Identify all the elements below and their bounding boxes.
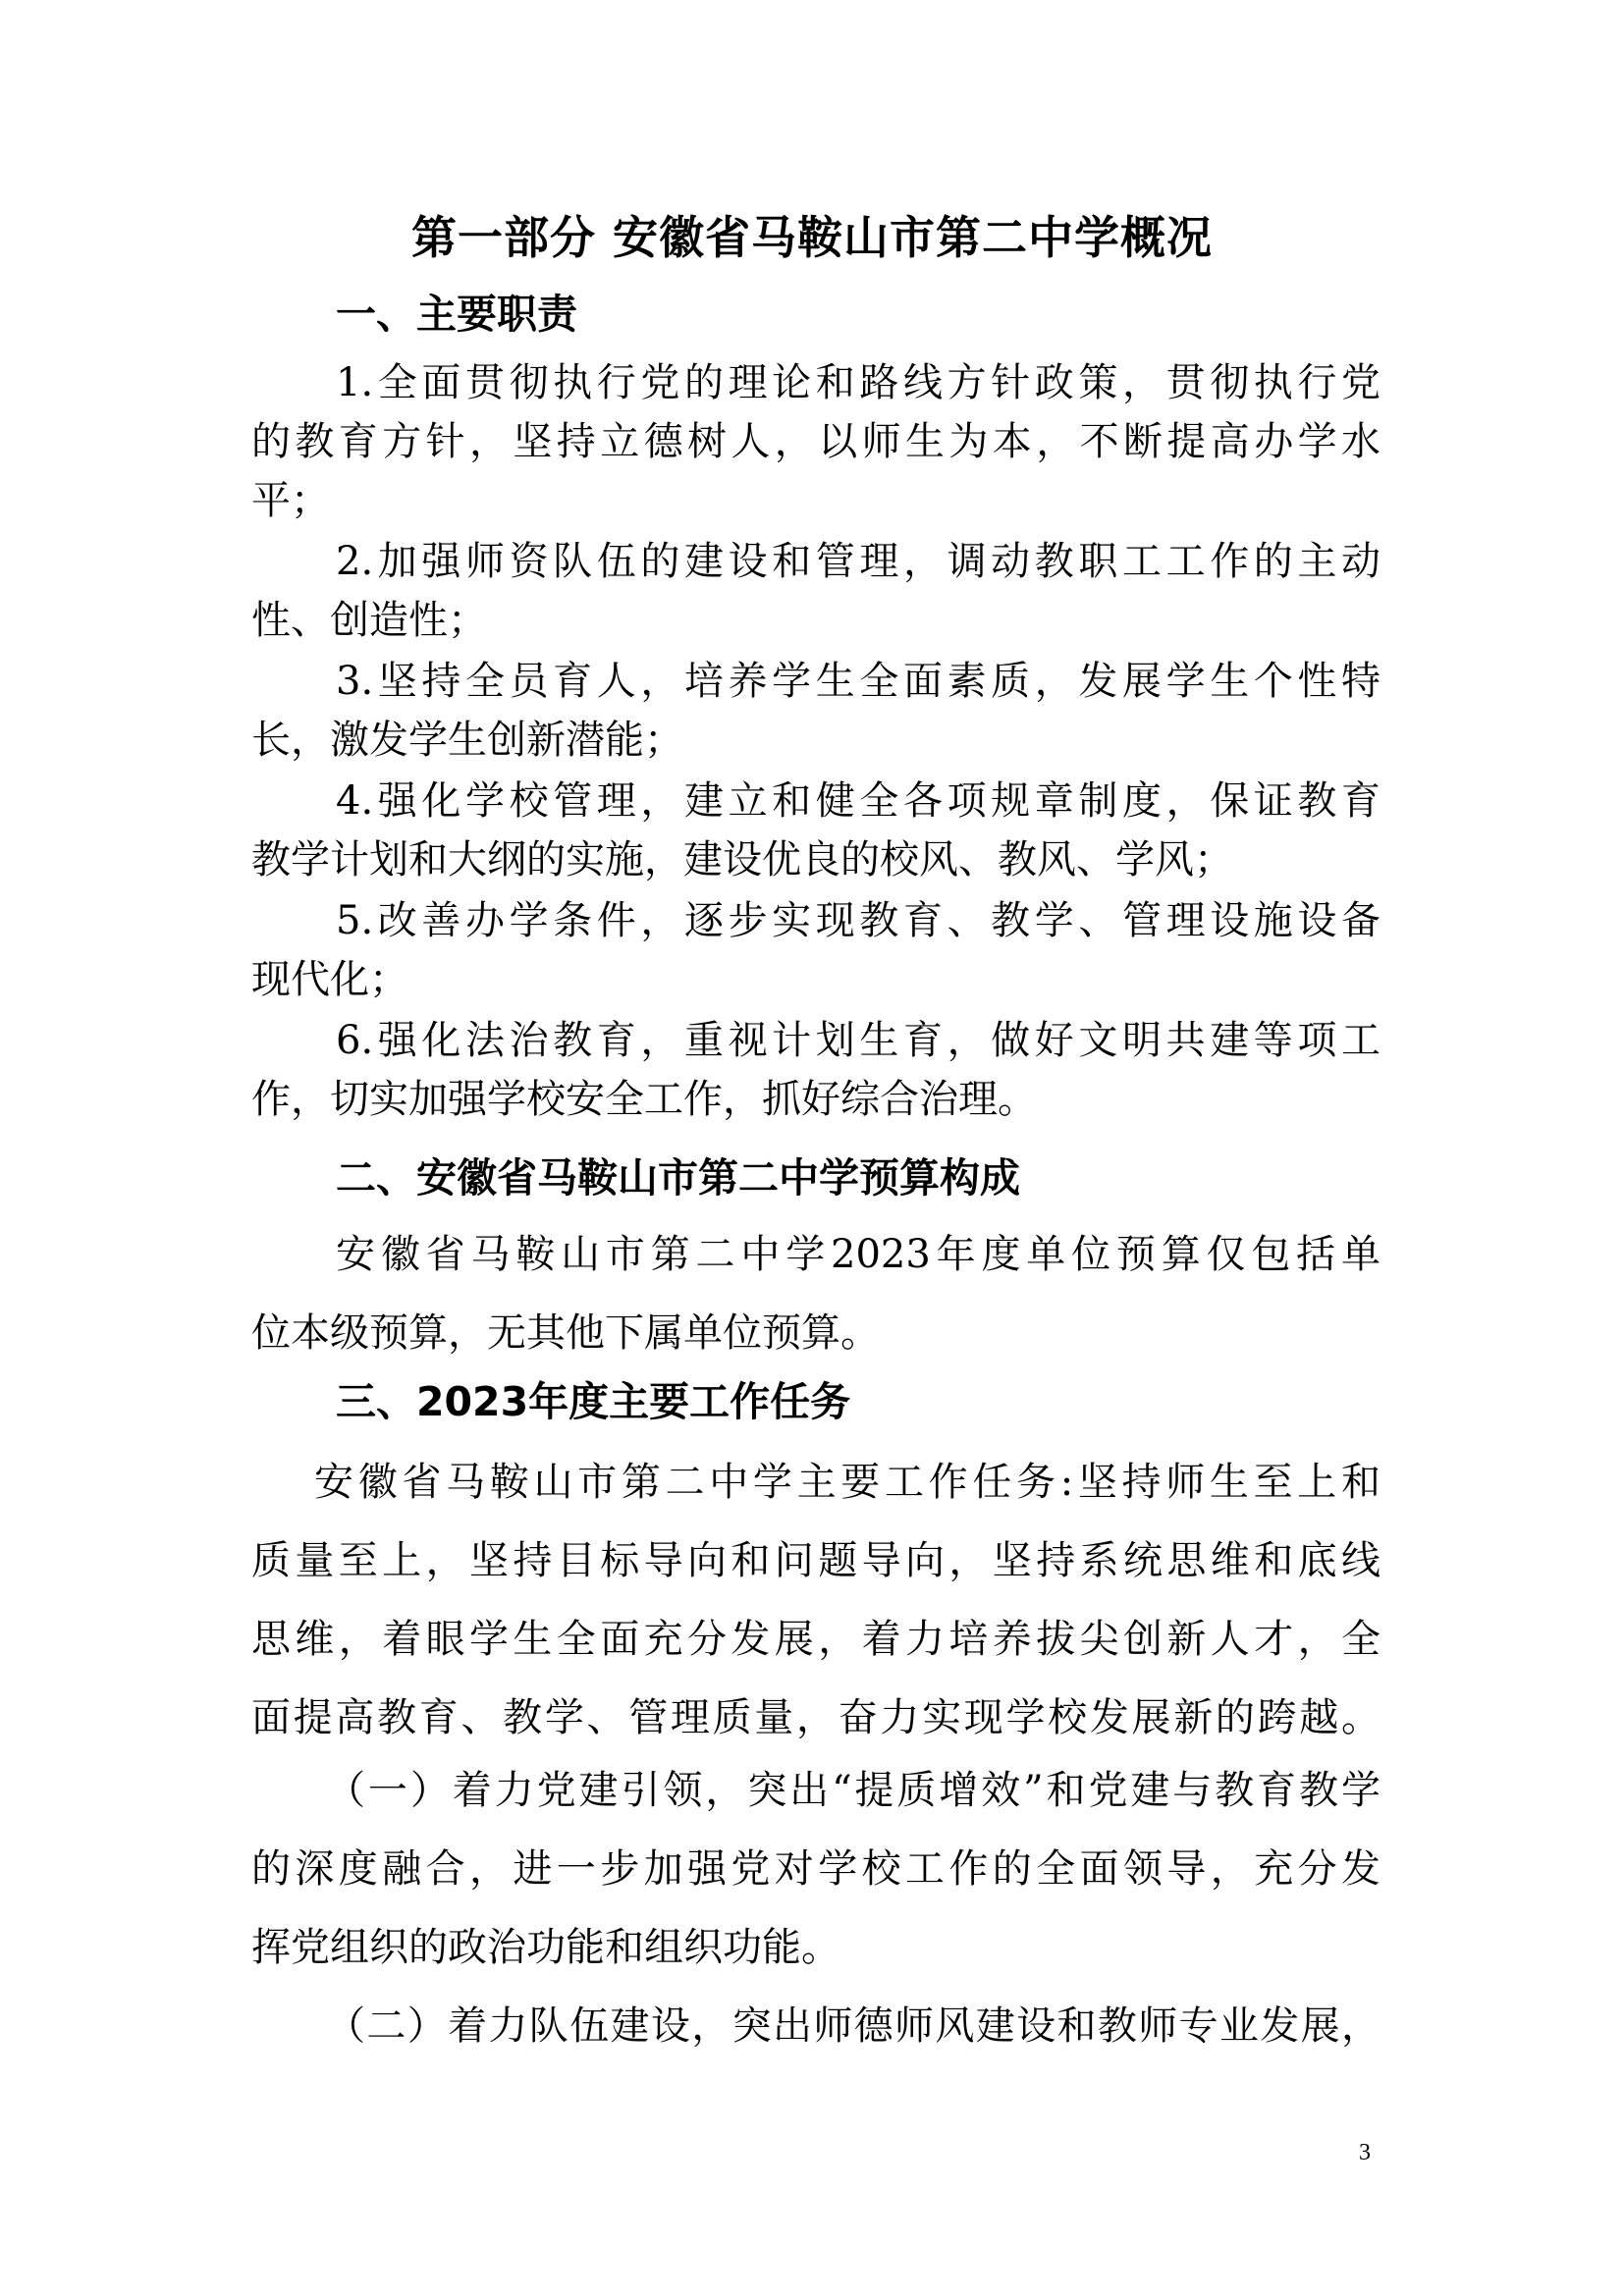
duty-item-5: 5.改善办学条件，逐步实现教育、教学、管理设施设备 现代化； <box>251 891 1380 1009</box>
paragraph-line: 6.强化法治教育，重视计划生育，做好文明共建等项工 <box>251 1011 1380 1070</box>
page-number: 3 <box>1359 2140 1371 2166</box>
paragraph-line: 教学计划和大纲的实施，建设优良的校风、教风、学风； <box>251 830 1380 889</box>
duty-item-2: 2.加强师资队伍的建设和管理，调动教职工工作的主动 性、创造性； <box>251 532 1380 650</box>
paragraph-line: （一）着力党建引领，突出“提质增效”和党建与教育教学 <box>251 1751 1380 1830</box>
duty-item-6: 6.强化法治教育，重视计划生育，做好文明共建等项工 作，切实加强学校安全工作，抓… <box>251 1011 1380 1129</box>
task-item-2: （二）着力队伍建设，突出师德师风建设和教师专业发展， <box>251 1987 1380 2065</box>
paragraph-line: 挥党组织的政治功能和组织功能。 <box>251 1908 1380 1987</box>
paragraph-line: 安徽省马鞍山市第二中学2023年度单位预算仅包括单 <box>251 1215 1380 1294</box>
task-item-1: （一）着力党建引领，突出“提质增效”和党建与教育教学 的深度融合，进一步加强党对… <box>251 1751 1380 1987</box>
paragraph-line: 面提高教育、教学、管理质量，奋力实现学校发展新的跨越。 <box>251 1679 1380 1757</box>
budget-composition-paragraph: 安徽省马鞍山市第二中学2023年度单位预算仅包括单 位本级预算，无其他下属单位预… <box>251 1215 1380 1372</box>
paragraph-line: 作，切实加强学校安全工作，抓好综合治理。 <box>251 1070 1380 1129</box>
duty-item-3: 3.坚持全员育人，培养学生全面素质，发展学生个性特 长，激发学生创新潜能； <box>251 652 1380 770</box>
paragraph-line: 4.强化学校管理，建立和健全各项规章制度，保证教育 <box>251 772 1380 830</box>
main-tasks-paragraph: 安徽省马鞍山市第二中学主要工作任务:坚持师生至上和 质量至上，坚持目标导向和问题… <box>251 1443 1380 1757</box>
duty-item-4: 4.强化学校管理，建立和健全各项规章制度，保证教育 教学计划和大纲的实施，建设优… <box>251 772 1380 889</box>
page-title: 第一部分 安徽省马鞍山市第二中学概况 <box>0 208 1624 267</box>
paragraph-line: 平； <box>251 471 1380 530</box>
section-heading-duties: 一、主要职责 <box>336 287 577 342</box>
paragraph-line: 位本级预算，无其他下属单位预算。 <box>251 1294 1380 1372</box>
section-heading-main-tasks: 三、2023年度主要工作任务 <box>336 1374 850 1429</box>
paragraph-line: 思维，着眼学生全面充分发展，着力培养拔尖创新人才，全 <box>251 1600 1380 1679</box>
section-heading-budget-composition: 二、安徽省马鞍山市第二中学预算构成 <box>336 1150 1020 1205</box>
paragraph-line: 安徽省马鞍山市第二中学主要工作任务:坚持师生至上和 <box>251 1443 1380 1522</box>
paragraph-line: 现代化； <box>251 950 1380 1009</box>
paragraph-line: 5.改善办学条件，逐步实现教育、教学、管理设施设备 <box>251 891 1380 950</box>
paragraph-line: 质量至上，坚持目标导向和问题导向，坚持系统思维和底线 <box>251 1522 1380 1600</box>
paragraph-line: 的教育方针，坚持立德树人，以师生为本，不断提高办学水 <box>251 412 1380 471</box>
paragraph-line: 2.加强师资队伍的建设和管理，调动教职工工作的主动 <box>251 532 1380 591</box>
duty-item-1: 1.全面贯彻执行党的理论和路线方针政策，贯彻执行党 的教育方针，坚持立德树人，以… <box>251 353 1380 530</box>
paragraph-line: 1.全面贯彻执行党的理论和路线方针政策，贯彻执行党 <box>251 353 1380 412</box>
paragraph-line: 的深度融合，进一步加强党对学校工作的全面领导，充分发 <box>251 1830 1380 1908</box>
paragraph-line: 长，激发学生创新潜能； <box>251 711 1380 770</box>
document-page: 第一部分 安徽省马鞍山市第二中学概况 一、主要职责 1.全面贯彻执行党的理论和路… <box>0 0 1624 2296</box>
paragraph-line: 3.坚持全员育人，培养学生全面素质，发展学生个性特 <box>251 652 1380 711</box>
paragraph-line: （二）着力队伍建设，突出师德师风建设和教师专业发展， <box>251 1987 1380 2065</box>
paragraph-line: 性、创造性； <box>251 591 1380 650</box>
